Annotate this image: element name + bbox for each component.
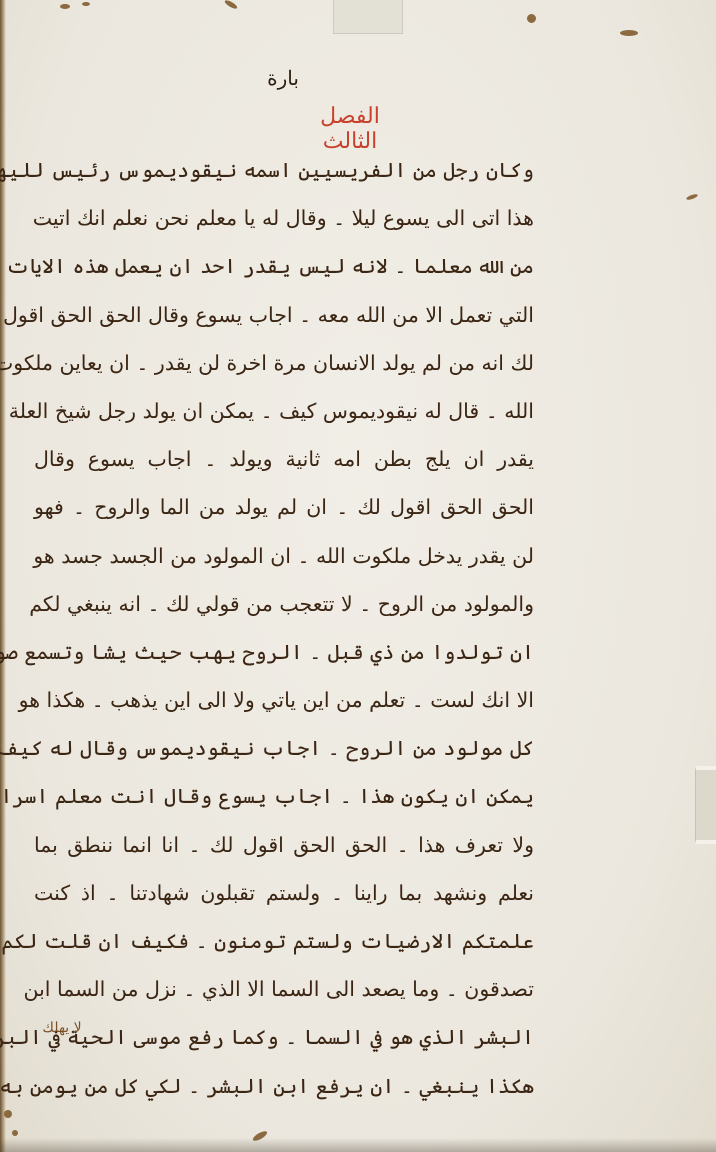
manuscript-page: بارة الفصل الثالث وكان رجل من الفريسيين … bbox=[0, 0, 716, 1152]
folio-number: بارة bbox=[258, 66, 308, 90]
text-line: ان تولدوا من ذي قبل ۔ الروح يهب حيث يشا … bbox=[34, 628, 534, 676]
page-tab-marker bbox=[695, 766, 716, 844]
text-line: هكذا ينبغي ۔ ان يرفع ابن البشر ۔ لكي كل … bbox=[34, 1062, 534, 1110]
text-line: الا انك لست ۔ تعلم من اين ياتي ولا الى ا… bbox=[34, 676, 534, 724]
text-line: يمكن ان يكون هذا ۔ اجاب يسوع وقال انت مع… bbox=[34, 772, 534, 820]
text-line: البشر الذي هو في السما ۔ وكما رفع موسى ا… bbox=[34, 1013, 534, 1061]
repair-tape bbox=[333, 0, 403, 34]
text-line: هذا اتى الى يسوع ليلا ۔ وقال له يا معلم … bbox=[34, 194, 534, 242]
ink-speck bbox=[82, 2, 90, 6]
ink-speck bbox=[620, 30, 638, 36]
manuscript-text-block: وكان رجل من الفريسيين اسمه نيقوديموس رئي… bbox=[34, 146, 534, 1110]
text-line: علمتكم الارضيات ولستم تومنون ۔ فكيف ان ق… bbox=[34, 917, 534, 965]
text-line: التي تعمل الا من الله معه ۔ اجاب يسوع وق… bbox=[34, 291, 534, 339]
text-line: الله ۔ قال له نيقوديموس كيف ۔ يمكن ان يو… bbox=[34, 387, 534, 435]
ink-speck bbox=[224, 0, 239, 10]
text-line: لك انه من لم يولد الانسان مرة اخرة لن يق… bbox=[34, 339, 534, 387]
text-line: ولا تعرف هذا ۔ الحق الحق اقول لك ۔ انا ا… bbox=[34, 821, 534, 869]
text-line: لن يقدر يدخل ملكوت الله ۔ ان المولود من … bbox=[34, 532, 534, 580]
text-line: وكان رجل من الفريسيين اسمه نيقوديموس رئي… bbox=[34, 146, 534, 194]
text-line: تصدقون ۔ وما يصعد الى السما الا الذي ۔ ن… bbox=[34, 965, 534, 1013]
catchword: لا يهلك bbox=[42, 1020, 82, 1036]
ink-speck bbox=[527, 14, 536, 23]
text-line: كل مولود من الروح ۔ اجاب نيقوديموس وقال … bbox=[34, 724, 534, 772]
ink-speck bbox=[12, 1130, 18, 1136]
text-line: من الله معلما ۔ لانه ليس يقدر احد ان يعم… bbox=[34, 242, 534, 290]
ink-speck bbox=[686, 193, 699, 201]
page-bottom-shadow bbox=[0, 1138, 716, 1152]
text-line: يقدر ان يلج بطن امه ثانية ويولد ۔ اجاب ي… bbox=[34, 435, 534, 483]
ink-speck bbox=[4, 1110, 12, 1118]
text-line: والمولود من الروح ۔ لا تتعجب من قولي لك … bbox=[34, 580, 534, 628]
ink-speck bbox=[60, 4, 70, 9]
text-line: الحق الحق اقول لك ۔ ان لم يولد من الما و… bbox=[34, 483, 534, 531]
text-line: نعلم ونشهد بما راينا ۔ ولستم تقبلون شهاد… bbox=[34, 869, 534, 917]
